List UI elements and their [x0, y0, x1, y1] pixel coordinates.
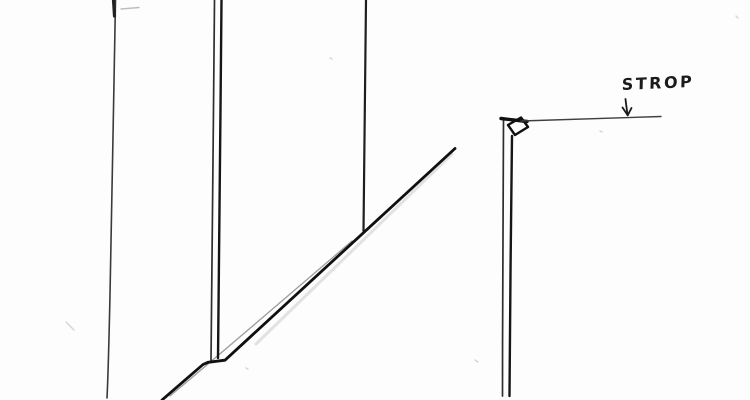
left-wall-line-bold-tip	[114, 0, 115, 16]
left-wall-line	[107, 0, 116, 398]
sketch-page: STROP	[0, 0, 750, 400]
paper-speck	[246, 368, 248, 369]
strop-label: STROP	[622, 72, 695, 94]
middle-wall-right-line	[218, 0, 222, 358]
paper-speck	[475, 360, 478, 362]
down-arrow-icon	[623, 99, 632, 115]
paper-speck	[736, 16, 738, 18]
paper-speck	[600, 131, 602, 132]
sketch-drawing	[0, 0, 750, 400]
sloped-line	[162, 149, 455, 400]
diagonal-pencil-shadow	[256, 154, 452, 344]
inner-vertical-line	[364, 0, 367, 231]
paper-specks	[66, 16, 738, 369]
ceiling-line	[521, 117, 661, 122]
paper-speck	[330, 58, 332, 59]
right-wall-right-line	[510, 136, 513, 396]
paper-speck	[66, 322, 74, 330]
left-wall-top-tick	[121, 8, 139, 10]
faint-sloped-line	[170, 241, 352, 396]
middle-wall-left-line	[211, 0, 215, 361]
right-wall-left-line	[503, 119, 504, 396]
